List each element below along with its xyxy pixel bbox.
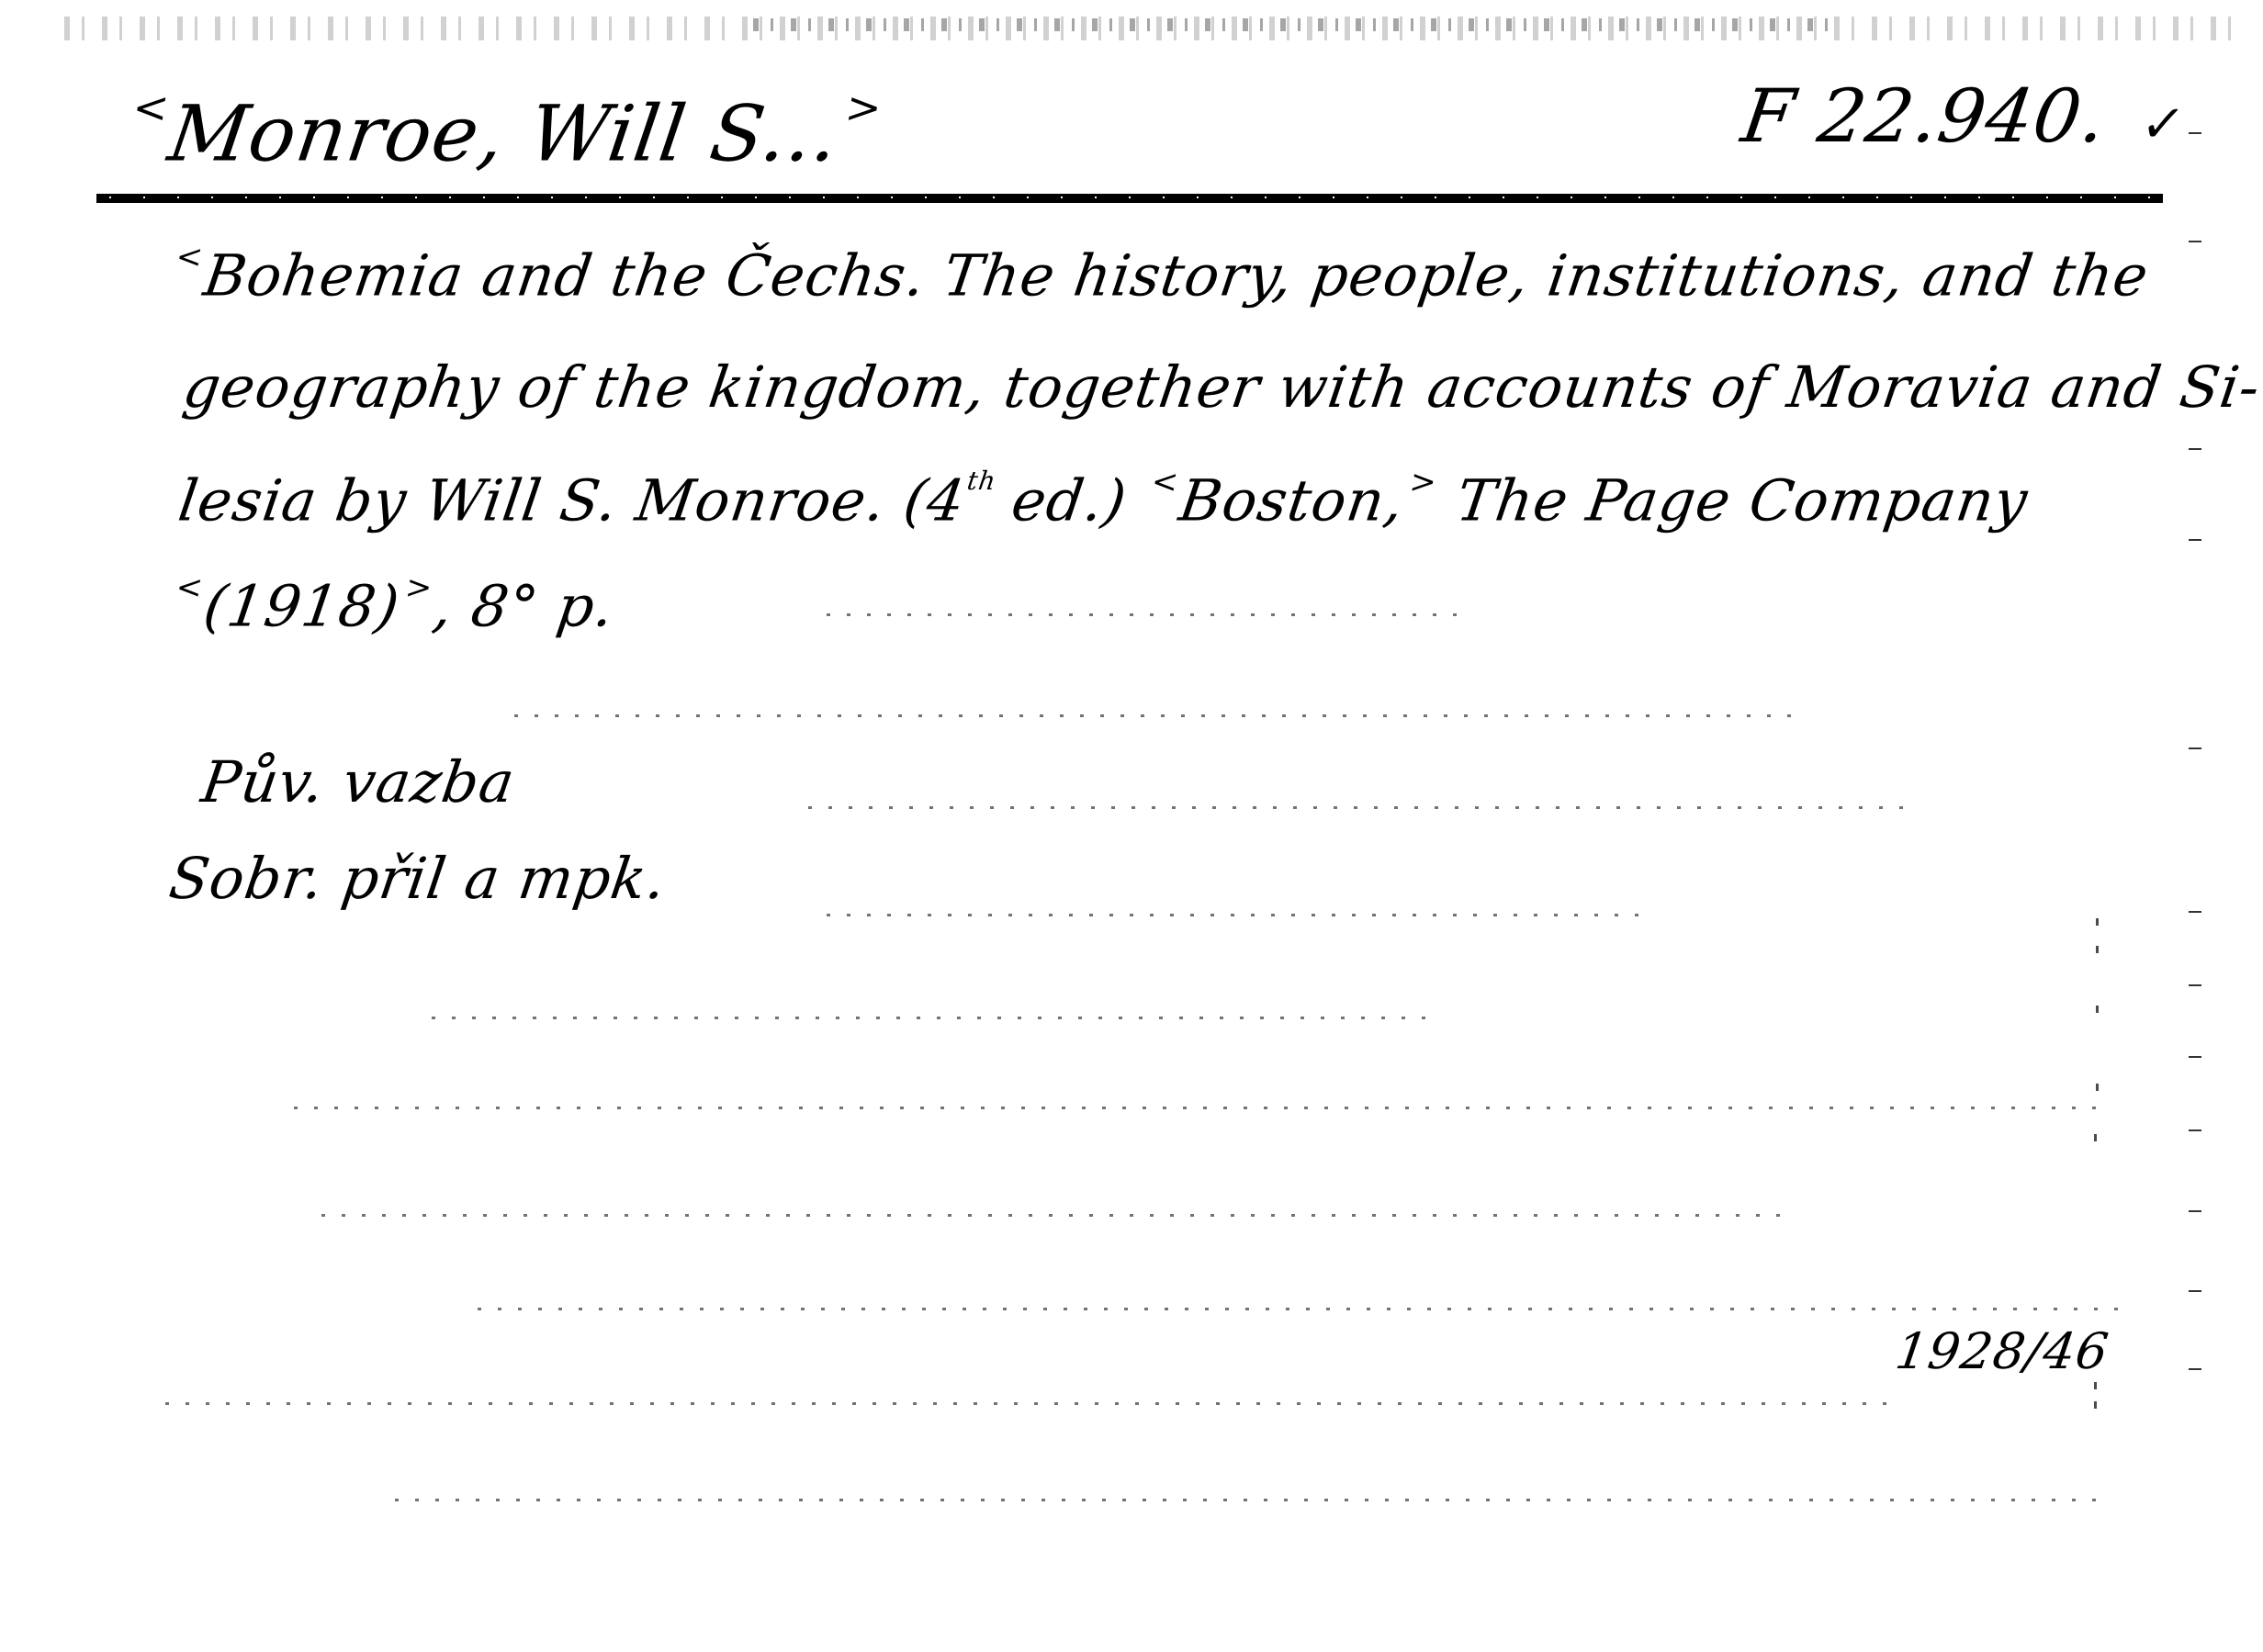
- margin-dot: [2096, 918, 2099, 926]
- statement-of-responsibility: lesia by Will S. Monroe. (4: [175, 467, 969, 534]
- ruling-line: [808, 806, 1910, 809]
- margin-tick: [2189, 241, 2201, 242]
- margin-tick: [2189, 132, 2201, 134]
- bracket-close: >: [842, 83, 885, 132]
- accession-text: 1928/46: [1892, 1322, 2112, 1380]
- publication-place: Boston,: [1176, 467, 1409, 534]
- bracket-open: <: [174, 239, 206, 275]
- publication-year: (1918): [200, 573, 404, 640]
- publisher: The Page Company: [1453, 467, 2032, 534]
- margin-tick: [2189, 1210, 2201, 1212]
- title-text: Bohemia and the Čechs. The history, peop…: [200, 242, 2154, 309]
- margin-tick: [2189, 448, 2201, 450]
- margin-tick: [2189, 1129, 2201, 1131]
- description-line-1: <Bohemia and the Čechs. The history, peo…: [165, 239, 2154, 309]
- margin-tick: [2189, 984, 2201, 986]
- margin-dot: [2094, 1401, 2097, 1409]
- bracket-close: >: [403, 569, 435, 606]
- ruling-line: [432, 1017, 1442, 1019]
- ruling-line: [321, 1214, 1791, 1217]
- catalogue-card: <Monroe, Will S...> F 22.940.✓ <Bohemia …: [0, 0, 2263, 1652]
- subtitle-text: geography of the kingdom, together with …: [179, 354, 2263, 421]
- margin-tick: [2189, 911, 2201, 913]
- margin-dot: [2094, 1134, 2097, 1141]
- margin-tick: [2189, 539, 2201, 541]
- heading-divider: [96, 194, 2163, 203]
- margin-dot: [2096, 1084, 2099, 1091]
- call-number-text: F 22.940.: [1737, 73, 2111, 159]
- note-original-binding: Pův. vazba: [197, 748, 519, 815]
- margin-dot: [2096, 1006, 2099, 1013]
- scan-noise: [753, 18, 1837, 31]
- author-heading: <Monroe, Will S...>: [119, 83, 889, 179]
- margin-dot: [2096, 946, 2099, 953]
- edition-text: ed.): [988, 467, 1131, 534]
- description-line-4: <(1918)>, 8° p.: [165, 569, 619, 640]
- bracket-open: <: [129, 83, 173, 132]
- bracket-open: <: [174, 569, 206, 606]
- ruling-line: [827, 613, 1469, 616]
- bracket-close: >: [1407, 464, 1439, 500]
- margin-dot: [2094, 1382, 2097, 1389]
- format: , 8° p.: [429, 573, 618, 640]
- ruling-line: [395, 1499, 2112, 1501]
- ruling-line: [514, 714, 1800, 717]
- ruling-line: [165, 1402, 1892, 1405]
- call-number: F 22.940.✓: [1737, 73, 2192, 159]
- bracket-open: <: [1149, 464, 1181, 500]
- check-mark-icon: ✓: [2137, 95, 2190, 154]
- note-text: Pův. vazba: [197, 748, 519, 815]
- margin-tick: [2189, 1368, 2201, 1370]
- ruling-line: [294, 1107, 2112, 1109]
- note-text: Sobr. přil a mpk.: [165, 845, 670, 912]
- accession-number: 1928/46: [1892, 1322, 2112, 1380]
- margin-tick: [2189, 747, 2201, 749]
- note-attachments: Sobr. přil a mpk.: [165, 845, 670, 912]
- margin-tick: [2189, 1290, 2201, 1292]
- author-name: Monroe, Will S...: [163, 89, 845, 179]
- description-line-3: lesia by Will S. Monroe. (4th ed.) <Bost…: [175, 464, 2032, 534]
- description-line-2: geography of the kingdom, together with …: [179, 354, 2263, 421]
- ruling-line: [478, 1308, 2131, 1310]
- ruling-line: [827, 914, 1653, 916]
- margin-tick: [2189, 1056, 2201, 1058]
